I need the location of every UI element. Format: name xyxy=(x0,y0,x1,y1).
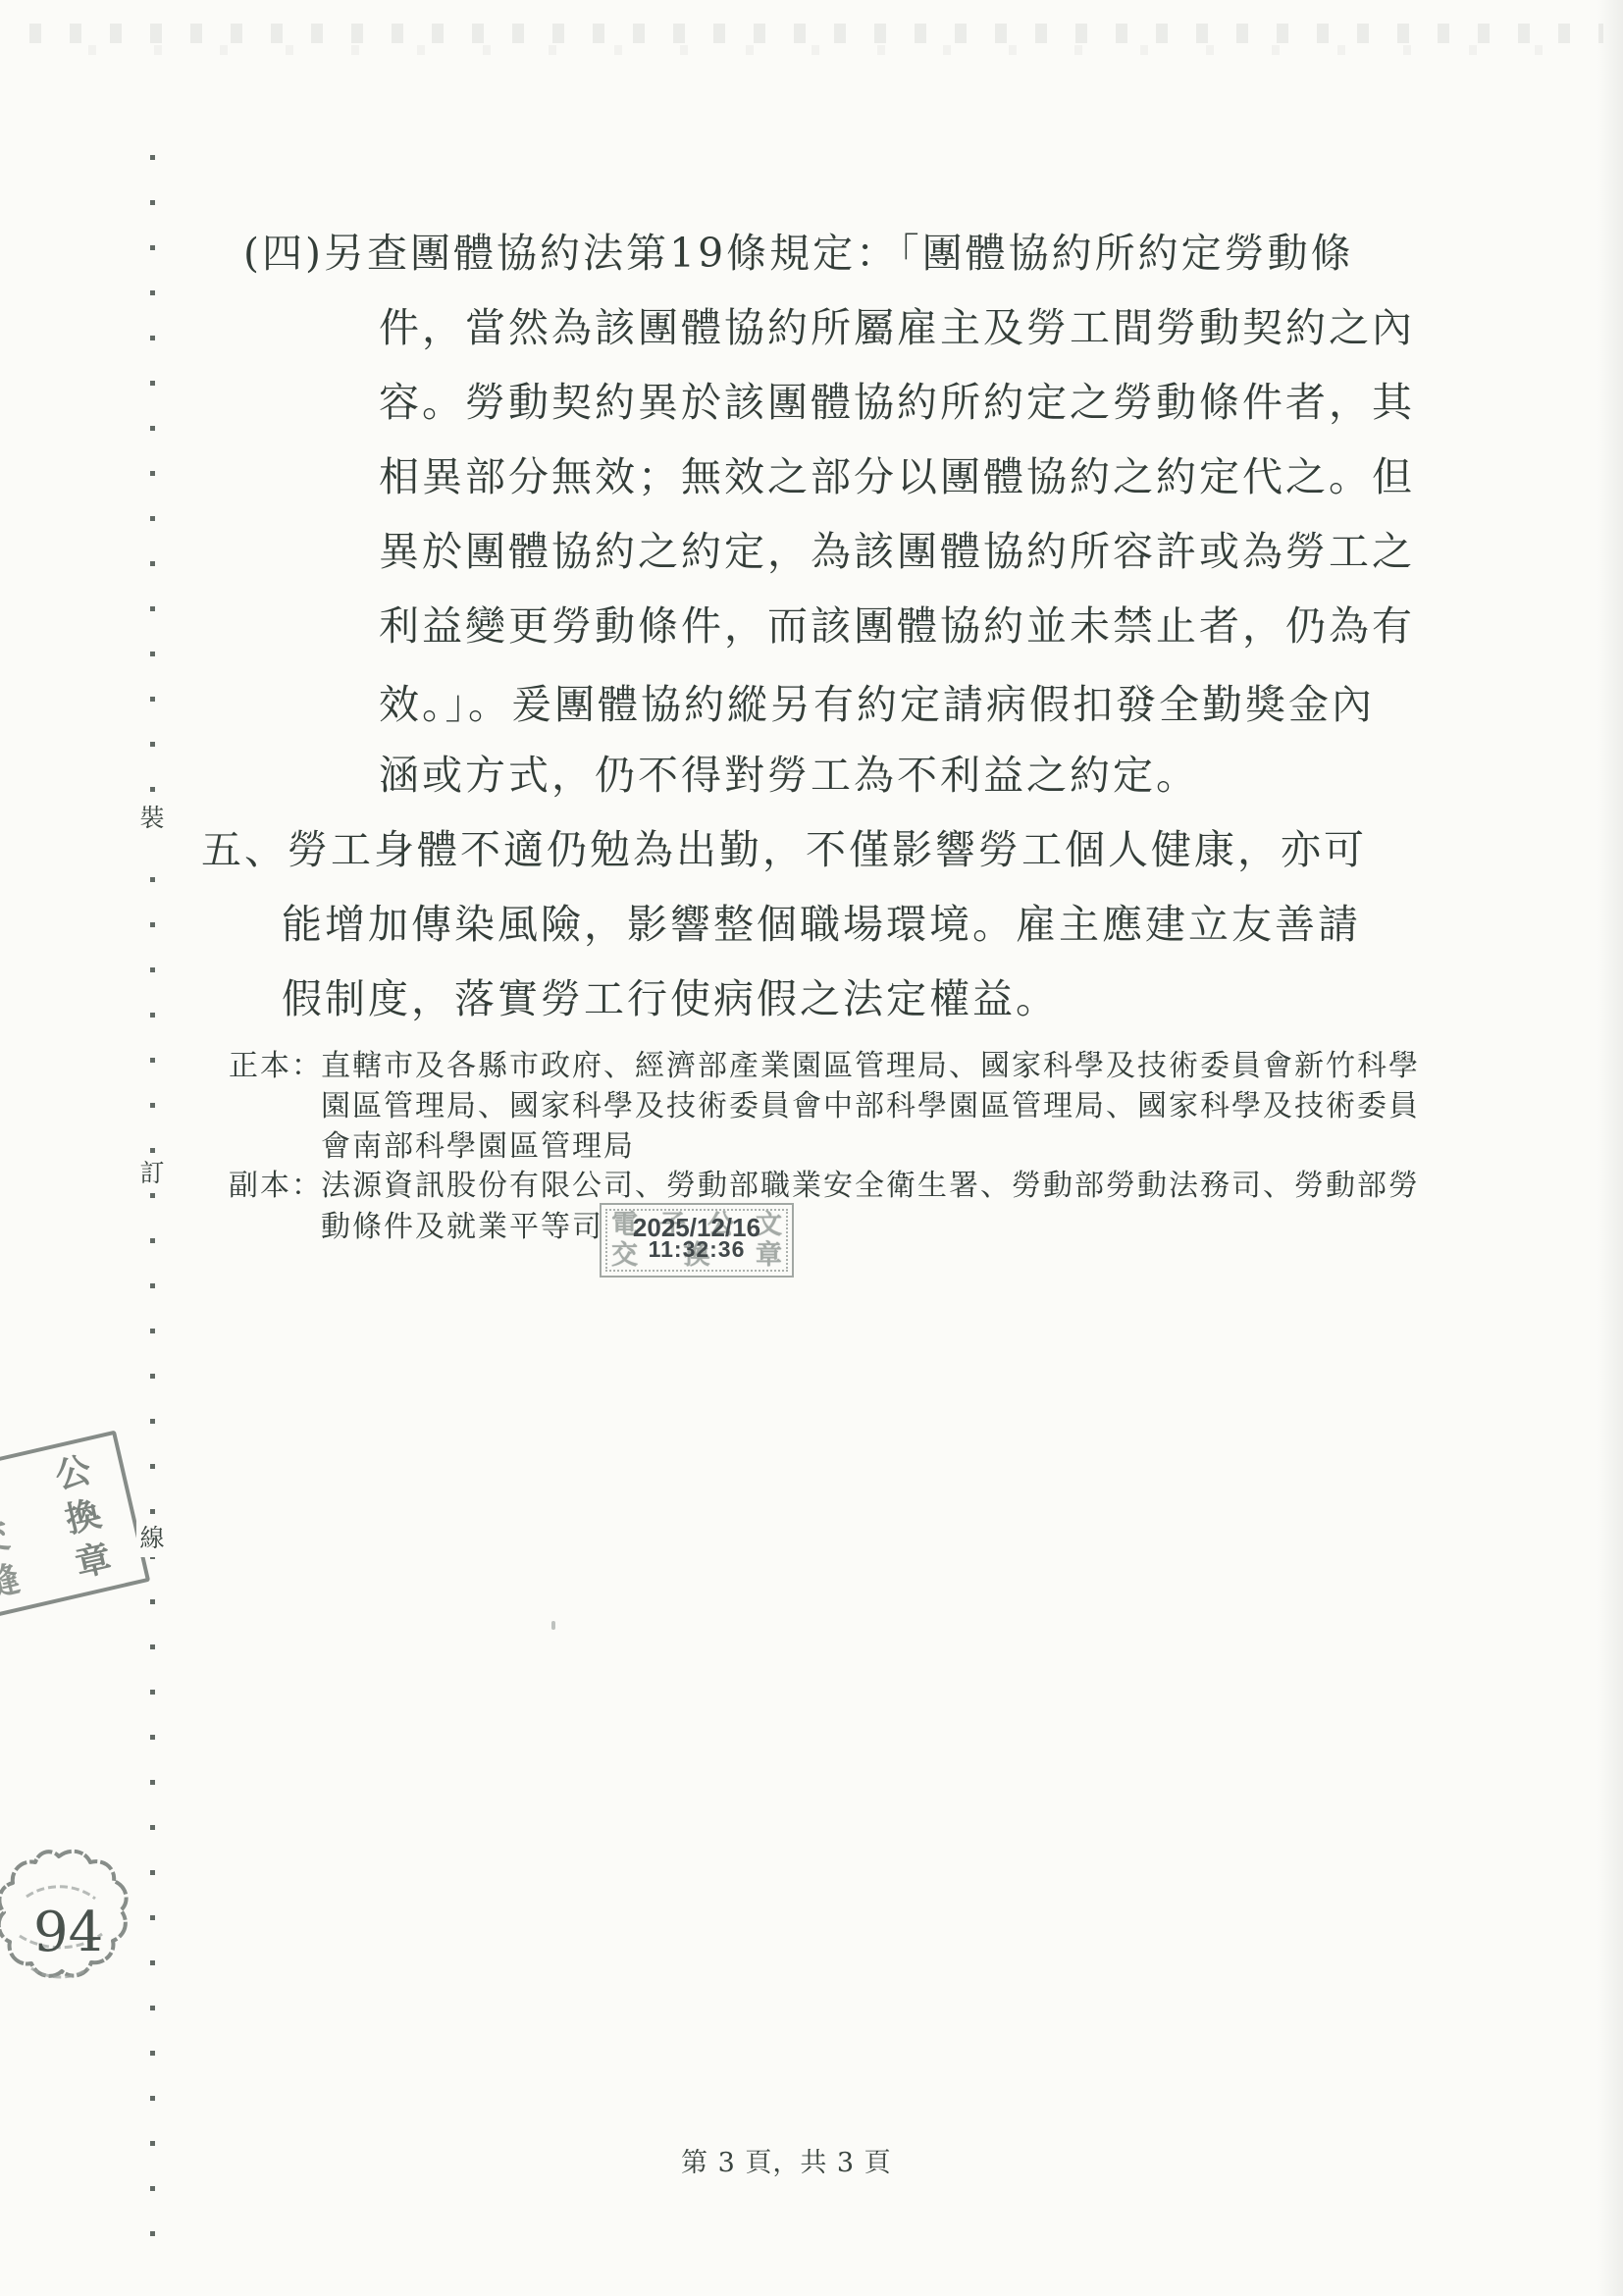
binding-char-xian: 線 xyxy=(136,1519,168,1557)
para4-line-2: 件，當然為該團體協約所屬雇主及勞工間勞動契約之內 xyxy=(379,308,1415,348)
scan-noise-band xyxy=(29,24,1603,43)
para4-line-8: 涵或方式，仍不得對勞工為不利益之約定。 xyxy=(379,756,1199,796)
para4-line-4: 相異部分無效；無效之部分以團體協約之約定代之。但 xyxy=(379,457,1415,497)
original-copy-line-2: 園區管理局、國家科學及技術委員會中部科學園區管理局、國家科學及技術委員 xyxy=(321,1092,1420,1122)
seam-stamp-char-gong: 公 xyxy=(52,1452,94,1494)
exchange-stamp-datetime: 2025/12/16 11:32:36 xyxy=(602,1215,792,1261)
scanned-document-page: 裝 訂 線 (四)另查團體協約法第19條規定：「團體協約所約定勞動條 件，當然為… xyxy=(0,0,1623,2296)
seam-stamp-partial-column: 一 交 縫 xyxy=(0,1473,23,1603)
para4-line-1: (四)另查團體協約法第19條規定：「團體協約所約定勞動條 xyxy=(243,234,1354,274)
para5-line-2: 能增加傳染風險，影響整個職場環境。雇主應建立友善請 xyxy=(282,905,1361,945)
scan-noise-band xyxy=(88,45,1564,55)
duplicate-copy-line-2: 動條件及就業平等司 xyxy=(321,1213,603,1242)
para4-line-5: 異於團體協約之約定，為該團體協約所容許或為勞工之 xyxy=(379,532,1415,572)
round-number-stamp: 94 xyxy=(0,1843,149,2015)
duplicate-copy-line-1: 法源資訊股份有限公司、勞動部職業安全衛生署、勞動部勞動法務司、勞動部勞 xyxy=(321,1172,1420,1201)
para4-line-7: 效。」。爰團體協約縱另有約定請病假扣發全勤獎金內 xyxy=(379,685,1375,725)
para4-line-3: 容。勞動契約異於該團體協約所約定之勞動條件者，其 xyxy=(379,383,1415,423)
para5-line-3: 假制度，落實勞工行使病假之法定權益。 xyxy=(282,979,1059,1019)
seam-stamp-partial-char: 縫 xyxy=(0,1561,23,1603)
seam-stamp-char-zhang: 章 xyxy=(73,1539,115,1582)
binding-char-zhuang: 裝 xyxy=(136,799,168,837)
original-copy-line-1: 直轄市及各縣市政府、經濟部產業園區管理局、國家科學及技術委員會新竹科學 xyxy=(321,1052,1420,1081)
page-indicator: 第 3 頁，共 3 頁 xyxy=(681,2141,892,2179)
seam-stamp-partial-char: 交 xyxy=(0,1517,13,1559)
electronic-exchange-stamp: 電 子 公 文 2025/12/16 11:32:36 交 換 章 xyxy=(600,1203,794,1278)
seam-stamp-visible-column: 公 換 章 xyxy=(52,1452,115,1583)
stamp-number: 94 xyxy=(33,1901,103,1964)
para5-line-1: 五、勞工身體不適仍勉為出勤，不僅影響勞工個人健康，亦可 xyxy=(201,830,1367,870)
seam-stamp: 一 交 縫 公 換 章 xyxy=(0,1431,150,1626)
exchange-stamp-time: 11:32:36 xyxy=(602,1238,792,1261)
seam-stamp-char-huan: 換 xyxy=(62,1496,104,1539)
binding-dotted-line xyxy=(150,155,155,2265)
scan-edge-shade xyxy=(1597,0,1623,2296)
seam-stamp-partial-char: 一 xyxy=(0,1473,2,1515)
original-copy-label: 正本： xyxy=(229,1052,323,1081)
scan-speck xyxy=(551,1621,555,1630)
original-copy-line-3: 會南部科學園區管理局 xyxy=(321,1132,635,1162)
para4-line-6: 利益變更勞動條件，而該團體協約並未禁止者，仍為有 xyxy=(379,606,1415,647)
duplicate-copy-label: 副本： xyxy=(229,1172,323,1201)
binding-char-ding: 訂 xyxy=(136,1154,168,1192)
